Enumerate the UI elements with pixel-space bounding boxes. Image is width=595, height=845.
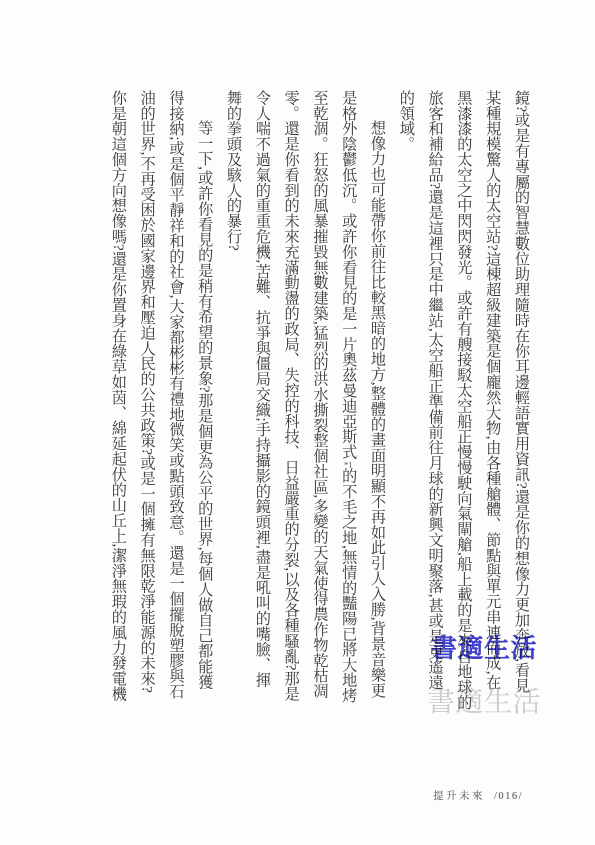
watermark-blue: 書適生活 <box>431 628 537 665</box>
text-column: 是格外陰鬱低沉。或許你看見的是一片奧茲曼迪亞斯式*1的不毛之地,無情的豔陽已將大… <box>333 90 362 730</box>
text-column: 等一下,或許你看見的是稍有希望的景象?那是個更為公平的世界,每個人做自己都能獲 <box>189 90 218 730</box>
text-column: 零。還是你看到的未來充滿動盪的政局、失控的科技、日益嚴重的分裂,以及各種騷亂?那… <box>276 90 305 730</box>
text-column: 你是朝這個方向想像嗎?還是你置身在綠草如茵、綿延起伏的山丘上,潔淨無瑕的風力發電… <box>103 90 132 730</box>
footnote-marker: *1 <box>343 460 353 469</box>
text-segment: 是格外陰鬱低沉。或許你看見的是一片奧茲曼迪亞斯式 <box>340 90 357 460</box>
text-column: 得接納;或是個平靜祥和的社會,大家都彬彬有禮地微笑或點頭致意。還是一個擺脫塑膠與… <box>161 90 190 730</box>
text-column: 至乾涸。狂怒的風暴摧毀無數建築,猛烈的洪水撕裂整個社區,多變的天氣使得農作物乾枯… <box>305 90 334 730</box>
text-column: 油的世界,不再受困於國家邊界和壓迫人民的公共政策?或是一個擁有無限乾淨能源的未來… <box>132 90 161 730</box>
book-page: 鏡?或是有專屬的智慧數位助理隨時在你耳邊輕語實用資訊?還是你的想像力更加奔放,看… <box>0 0 595 845</box>
page-number: /016/ <box>494 791 523 802</box>
text-column: 的領域。 <box>391 90 420 730</box>
text-column: 想像力也可能帶你前往比較黑暗的地方,整體的畫面明顯不再如此引人入勝,背景音樂更 <box>362 90 391 730</box>
page-footer: 提升未來/016/ <box>433 788 523 803</box>
text-segment: 的不毛之地,無情的豔陽已將大地烤 <box>340 468 357 703</box>
text-column: 令人喘不過氣的重重危機,苦難、抗爭與僵局交織;手持攝影的鏡頭裡,盡是吼叫的嘴臉、… <box>247 90 276 730</box>
running-title: 提升未來 <box>433 791 485 802</box>
text-column: 舞的拳頭及駭人的暴行? <box>218 90 247 730</box>
watermark-gray: 書適生活 <box>427 680 541 720</box>
